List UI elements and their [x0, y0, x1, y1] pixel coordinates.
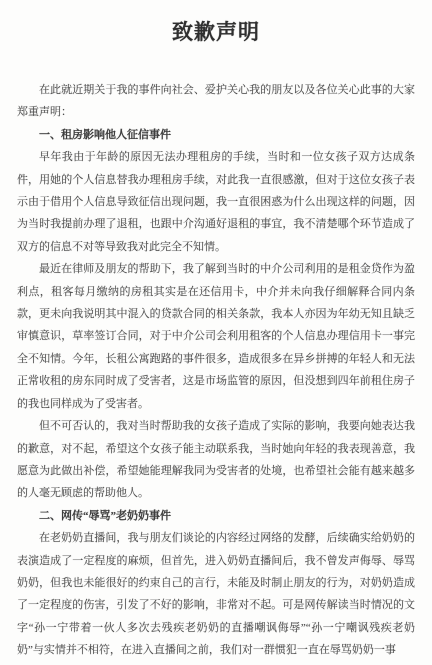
section-1-heading: 一、租房影响他人征信事件	[17, 124, 415, 146]
section-1-paragraph-2: 最近在律师及朋友的帮助下，我了解到当时的中介公司利用的是租金贷作为盈利点，租客每…	[17, 258, 415, 415]
section-2-paragraph-1: 在老奶奶直播间，我与朋友们谈论的内容经过网络的发酵，后续确实给奶奶的表演造成了一…	[17, 527, 415, 661]
section-1-paragraph-1: 早年我由于年龄的原因无法办理租房的手续，当时和一位女孩子双方达成条件，用她的个人…	[17, 146, 415, 258]
section-2-heading: 二、网传“辱骂”老奶奶事件	[17, 505, 415, 527]
section-1-paragraph-3: 但不可否认的，我对当时帮助我的女孩子造成了实际的影响，我要向她表达我的歉意，对不…	[17, 415, 415, 505]
document-title: 致歉声明	[17, 16, 415, 48]
apology-document: 致歉声明 在此就近期关于我的事件向社会、爱护关心我的朋友以及各位关心此事的大家郑…	[0, 0, 432, 665]
intro-paragraph: 在此就近期关于我的事件向社会、爱护关心我的朋友以及各位关心此事的大家郑重声明：	[17, 79, 415, 124]
document-content: 致歉声明 在此就近期关于我的事件向社会、爱护关心我的朋友以及各位关心此事的大家郑…	[0, 16, 432, 662]
